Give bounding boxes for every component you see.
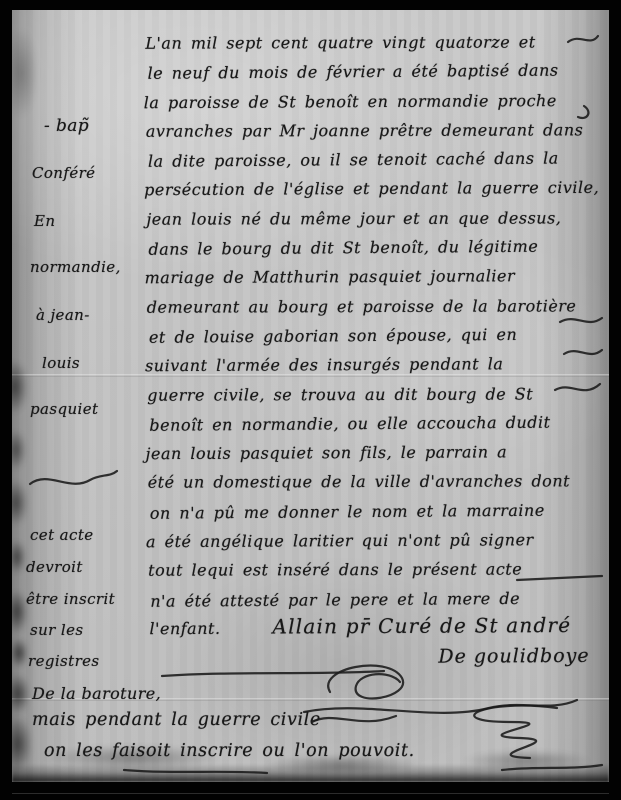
margin-note: louis [42, 354, 80, 372]
margin-note: En [34, 212, 55, 230]
body-line: n'a été attesté par le pere et la mere d… [150, 583, 607, 616]
frame-inner-line [12, 793, 609, 794]
margin-note: à jean- [36, 306, 90, 324]
closing-row: l'enfant. Allain pr̄ Curé de St andré [149, 613, 607, 647]
priest-signature-line2: De goulidboye [142, 645, 608, 677]
margin-note: - bap̃ [44, 116, 89, 136]
footer-note: on les faisoit inscrire ou l'on pouvoit. [44, 741, 415, 761]
margin-tilde [30, 471, 117, 484]
stain [12, 540, 26, 574]
body-line: suivant l'armée des insurgés pendant la [145, 349, 606, 381]
stain [12, 28, 38, 118]
margin-note: Conféré [32, 164, 95, 182]
priest-signature: Allain pr̄ Curé de St andré [272, 613, 571, 639]
body-line: tout lequi est inséré dans le présent ac… [148, 555, 607, 586]
margin-note: être inscrit [26, 590, 115, 608]
body-line: persécution de l'église et pendant la gu… [144, 173, 605, 205]
screenshot-root: { "colors": { "frame": "#020202", "paper… [0, 0, 621, 800]
footer-tilde [312, 716, 396, 722]
closing-word: l'enfant. [149, 619, 220, 638]
margin-note: registres [28, 652, 100, 670]
margin-note: sur les [30, 621, 83, 639]
scan-black-frame: - bap̃ Conféré En normandie, à jean- lou… [0, 0, 621, 800]
body-line: dans le bourg du dit St benoît, du légit… [148, 231, 605, 264]
document-page: - bap̃ Conféré En normandie, à jean- lou… [12, 10, 609, 782]
body-line: on n'a pû me donner le nom et la marrain… [150, 495, 607, 528]
body-line: a été angélique laritier qui n'ont pû si… [146, 525, 607, 557]
stain [12, 674, 30, 714]
body-line: le neuf du mois de février a été baptisé… [147, 55, 604, 88]
stain [12, 480, 28, 526]
body-line: L'an mil sept cent quatre vingt quatorze… [145, 27, 604, 58]
body-line: demeurant au bourg et paroisse de la bar… [147, 291, 606, 322]
margin-note: pasquiet [30, 400, 98, 418]
body-line: été un domestique de la ville d'avranche… [148, 467, 607, 498]
stain [12, 638, 28, 668]
margin-note: devroit [26, 558, 83, 576]
body-text: L'an mil sept cent quatre vingt quatorze… [138, 27, 607, 677]
body-line: mariage de Matthurin pasquiet journalier [145, 261, 606, 293]
body-line: avranches par Mr joanne prêtre demeurant… [146, 115, 605, 146]
stain [12, 360, 28, 414]
footer-note: mais pendant la guerre civile [32, 710, 321, 730]
body-line: et de louise gaborian son épouse, qui en [149, 319, 606, 352]
stain [12, 430, 26, 470]
paper-bottom-edge [12, 764, 609, 782]
margin-note: De la baroture, [32, 684, 161, 703]
wavy-line [304, 700, 577, 713]
body-line: la dite paroisse, ou il se tenoit caché … [148, 143, 605, 176]
body-line: guerre civile, se trouva au dit bourg de… [147, 379, 606, 410]
body-line: jean louis né du même jour et an que des… [146, 203, 605, 234]
body-line: benoît en normandie, ou elle accoucha du… [149, 407, 606, 440]
body-line: jean louis pasquiet son fils, le parrain… [145, 437, 606, 469]
margin-note: normandie, [30, 258, 121, 276]
margin-note: cet acte [30, 526, 94, 544]
body-line: la paroisse de St benoît en normandie pr… [144, 85, 605, 117]
